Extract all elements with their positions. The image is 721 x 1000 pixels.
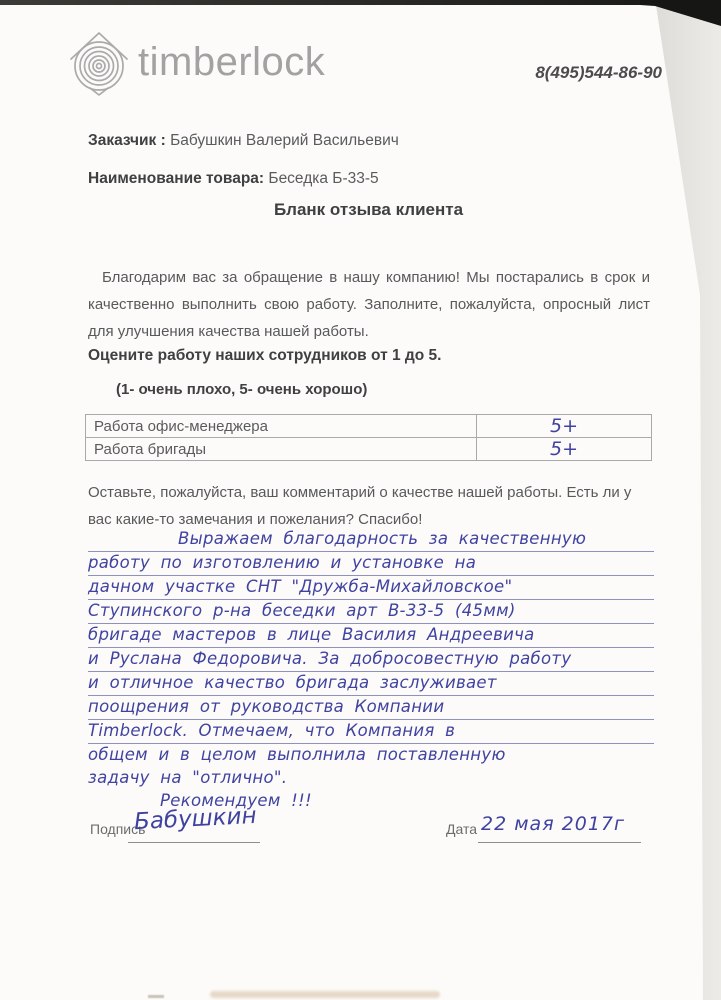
handwritten-line: Ступинского р-на беседки арт В-33-5 (45м… (88, 600, 654, 624)
timberlock-logo-icon (64, 26, 134, 96)
product-field: Наименование товара: Беседка Б-33-5 (88, 170, 648, 188)
date-line (478, 842, 641, 843)
handwritten-line: Тimberlock. Отмечаем, что Компания в (88, 720, 654, 744)
handwritten-line: бригаде мастеров в лице Василия Андрееви… (88, 624, 654, 648)
handwritten-line: и Руслана Федоровича. За добросовестную … (88, 648, 654, 672)
date-handwritten: 22 мая 2017г (481, 813, 625, 835)
date-label: Дата (446, 821, 477, 837)
handwritten-review: Выражаем благодарность за качественную р… (88, 528, 654, 813)
rating-scale-note: (1- очень плохо, 5- очень хорошо) (116, 381, 367, 398)
comment-prompt: Оставьте, пожалуйста, ваш комментарий о … (88, 479, 650, 533)
scan-top-edge (0, 0, 721, 5)
intro-paragraph: Благодарим вас за обращение в нашу компа… (88, 264, 650, 345)
handwritten-line: общем и в целом выполнила поставленную (88, 744, 654, 767)
signature-line (128, 842, 260, 843)
brand-logotype: timberlock (138, 40, 325, 85)
handwritten-line: поощрения от руководства Компании (88, 696, 654, 720)
rating-label-brigade: Работа бригады (86, 438, 477, 461)
product-label: Наименование товара: (88, 170, 264, 187)
form-title: Бланк отзыва клиента (85, 200, 652, 220)
scan-bottom-smudge (210, 991, 440, 998)
customer-label: Заказчик : (88, 132, 166, 149)
product-value: Беседка Б-33-5 (268, 170, 378, 187)
scan-bottom-mark (148, 995, 164, 998)
handwritten-line: задачу на "отлично". (88, 767, 654, 790)
rating-label-office-manager: Работа офис-менеджера (86, 415, 477, 438)
scan-page-corner-background (640, 5, 721, 1000)
handwritten-line: и отличное качество бригада заслуживает (88, 672, 654, 696)
rating-score-office-manager: 5+ (477, 415, 652, 438)
ratings-table: Работа офис-менеджера 5+ Работа бригады … (85, 414, 652, 461)
customer-field: Заказчик : Бабушкин Валерий Васильевич (88, 132, 648, 150)
signature-handwritten: Бабушкин (133, 803, 257, 835)
handwritten-line: Выражаем благодарность за качественную (88, 528, 654, 552)
rating-score-brigade: 5+ (477, 438, 652, 461)
table-row: Работа бригады 5+ (86, 438, 652, 461)
company-phone: 8(495)544-86-90 (440, 63, 662, 83)
table-row: Работа офис-менеджера 5+ (86, 415, 652, 438)
customer-value: Бабушкин Валерий Васильевич (170, 132, 399, 149)
handwritten-line: работу по изготовлению и установке на (88, 552, 654, 576)
handwritten-line: дачном участке СНТ "Дружба-Михайловское" (88, 576, 654, 600)
rating-heading: Оцените работу наших сотрудников от 1 до… (88, 347, 441, 365)
